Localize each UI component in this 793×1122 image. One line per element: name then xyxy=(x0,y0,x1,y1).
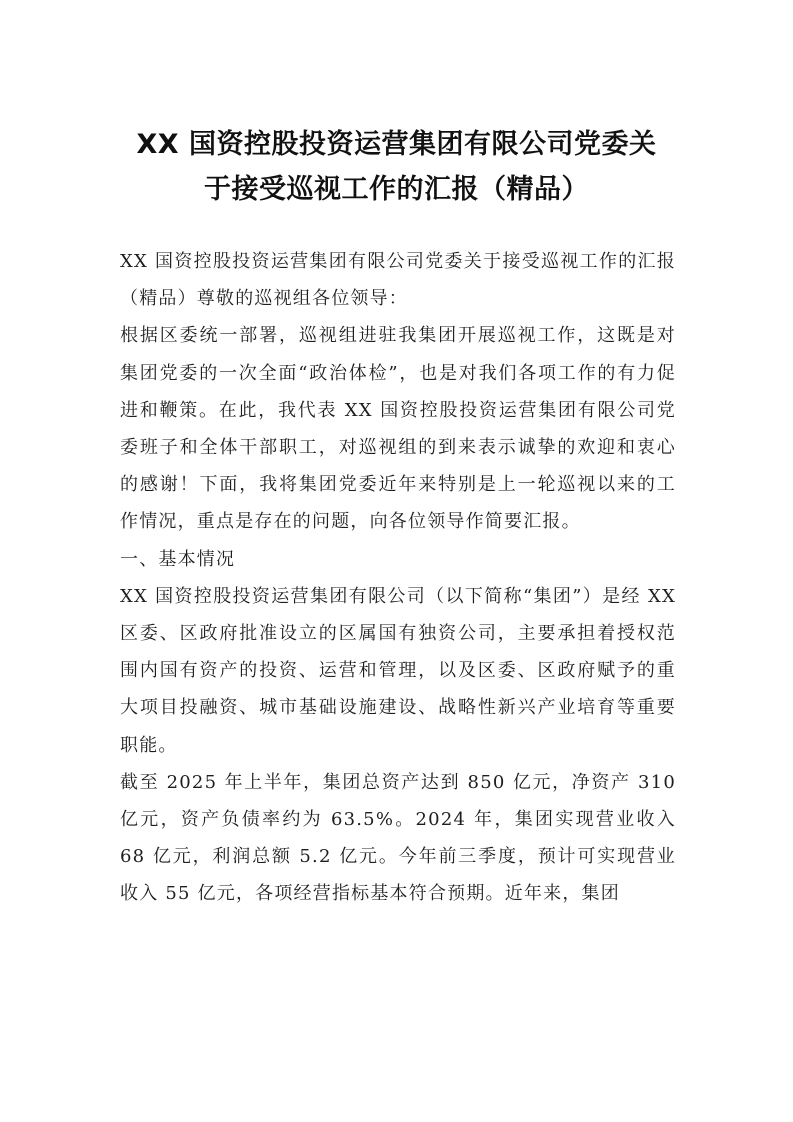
paragraph-introduction: 根据区委统一部署，巡视组进驻我集团开展巡视工作，这既是对集团党委的一次全面“政治… xyxy=(120,317,676,540)
paragraph-company-overview: XX 国资控股投资运营集团有限公司（以下简称“集团”）是经 XX 区委、区政府批… xyxy=(120,578,676,764)
document-title: XX 国资控股投资运营集团有限公司党委关 于接受巡视工作的汇报（精品） xyxy=(100,122,693,212)
paragraph-salutation: XX 国资控股投资运营集团有限公司党委关于接受巡视工作的汇报（精品）尊敬的巡视组… xyxy=(120,243,676,317)
document-page: XX 国资控股投资运营集团有限公司党委关 于接受巡视工作的汇报（精品） XX 国… xyxy=(0,0,793,1122)
title-line-2: 于接受巡视工作的汇报（精品） xyxy=(100,167,693,212)
paragraph-financial-figures: 截至 2025 年上半年，集团总资产达到 850 亿元，净资产 310 亿元，资… xyxy=(120,764,676,913)
document-body: XX 国资控股投资运营集团有限公司党委关于接受巡视工作的汇报（精品）尊敬的巡视组… xyxy=(120,243,676,913)
title-line-1: XX 国资控股投资运营集团有限公司党委关 xyxy=(100,122,693,167)
section-heading-basic-situation: 一、基本情况 xyxy=(120,541,676,578)
